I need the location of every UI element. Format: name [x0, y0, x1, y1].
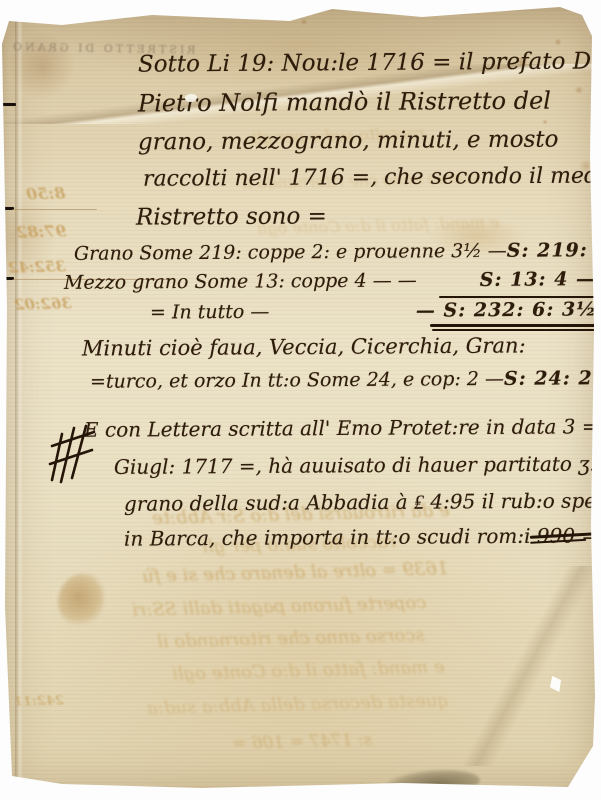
- line-text: Grano Some 219: coppe 2: e prouenne 3½ —: [74, 240, 507, 265]
- manuscript-line-in-tutto: = In tutto —— S: 232: 6: 3½: [150, 298, 597, 323]
- bleedthrough-line: s: 1747 = 106 =: [232, 730, 373, 754]
- bottom-smudge: [384, 767, 481, 800]
- line-amount: S: 24: 2 —: [504, 367, 601, 390]
- bleedthrough-line: scorso anno che ritornando il: [157, 625, 425, 653]
- bleedthrough-number: 242:11: [14, 693, 64, 709]
- manuscript-page: RISTRETTO DI GRANO 8:50 97:82 352:42 362…: [2, 6, 599, 793]
- bleedthrough-number: 352:42: [8, 257, 66, 277]
- line-amount: S: 13: 4 —: [480, 268, 596, 291]
- manuscript-line-mezzo-grano: Mezzo grano Some 13: coppe 4 — —S: 13: 4…: [64, 268, 596, 294]
- bleedthrough-line: questa decorsa della Abb:a sud:a: [147, 690, 449, 719]
- total-double-underline: [430, 324, 598, 327]
- manuscript-line: grano della sud:a Abbadia à ₤ 4:95 il ru…: [124, 488, 601, 517]
- line-amount: — S: 232: 6: 3½: [416, 298, 597, 321]
- line-amount: S: 219: 2: 3½: [507, 239, 601, 262]
- line-text: Giugl: 1717 =, hà auuisato di hauer part…: [114, 451, 601, 479]
- manuscript-line-minuti-total: =turco, et orzo In tt:o Some 24, e cop: …: [90, 367, 597, 393]
- fold-crease-bottom-right: [459, 566, 599, 766]
- line-text: Pietro Nolfi mandò il Ristretto del: [138, 87, 551, 118]
- margin-hash-mark: [48, 420, 100, 486]
- faint-rule: [12, 209, 97, 210]
- line-text: Mezzo grano Some 13: coppe 4 — —: [64, 269, 417, 293]
- manuscript-line: Pietro Nolfi mandò il Ristretto del: [138, 87, 551, 118]
- bleedthrough-line: 1639 = oltre al denaro che si e fù: [142, 558, 449, 587]
- manuscript-line-scudi: in Barca, che importa in tt:o scudi rom:…: [124, 523, 598, 550]
- line-text: Sotto Li 19: Nou:le 1716 = il prefato D:: [138, 48, 599, 77]
- bleedthrough-line: e mand: fatto il d:o Conte ogli: [172, 656, 445, 684]
- bleedthrough-number: 362:02: [14, 294, 72, 314]
- line-text: = In tutto —: [150, 301, 270, 324]
- line-text: raccolti nell' 1716 =, che secondo il me…: [143, 163, 601, 191]
- bleedthrough-number: 8:50: [26, 183, 66, 203]
- manuscript-line-grano: Grano Some 219: coppe 2: e prouenne 3½ —…: [74, 239, 596, 265]
- manuscript-line: Giugl: 1717 =, hà auuisato di hauer part…: [114, 451, 601, 479]
- manuscript-line: grano, mezzograno, minuti, e mosto: [138, 127, 559, 156]
- line-text: Ristretto sono =: [136, 203, 327, 230]
- line-text: grano, mezzograno, minuti, e mosto: [138, 127, 559, 156]
- manuscript-line-lettera: E con Lettera scritta all' Emo Protet:re…: [84, 414, 599, 442]
- scanned-document: RISTRETTO DI GRANO 8:50 97:82 352:42 362…: [0, 0, 601, 800]
- line-text: E con Lettera scritta all' Emo Protet:re…: [84, 414, 599, 442]
- manuscript-line: Sotto Li 19: Nou:le 1716 = il prefato D:: [138, 48, 599, 77]
- manuscript-line: Ristretto sono =: [136, 203, 327, 230]
- manuscript-line-minuti: Minuti cioè faua, Veccia, Cicerchia, Gra…: [82, 333, 526, 360]
- bleedthrough-line: coperte furono pagati dalli SS:ri: [132, 592, 427, 621]
- line-text: Minuti cioè faua, Veccia, Cicerchia, Gra…: [82, 333, 526, 360]
- bleedthrough-number: 97:82: [16, 221, 67, 241]
- line-text: in Barca, che importa in tt:o scudi rom:…: [124, 523, 598, 550]
- ink-stain-blot: [58, 574, 104, 626]
- total-double-underline: [432, 329, 598, 331]
- line-text: =turco, et orzo In tt:o Some 24, e cop: …: [90, 368, 504, 393]
- line-text: grano della sud:a Abbadia à ₤ 4:95 il ru…: [124, 488, 601, 516]
- fold-shadow-left: [15, 6, 23, 793]
- edge-ink-dash: [2, 103, 16, 106]
- manuscript-line: raccolti nell' 1716 =, che secondo il me…: [143, 163, 601, 191]
